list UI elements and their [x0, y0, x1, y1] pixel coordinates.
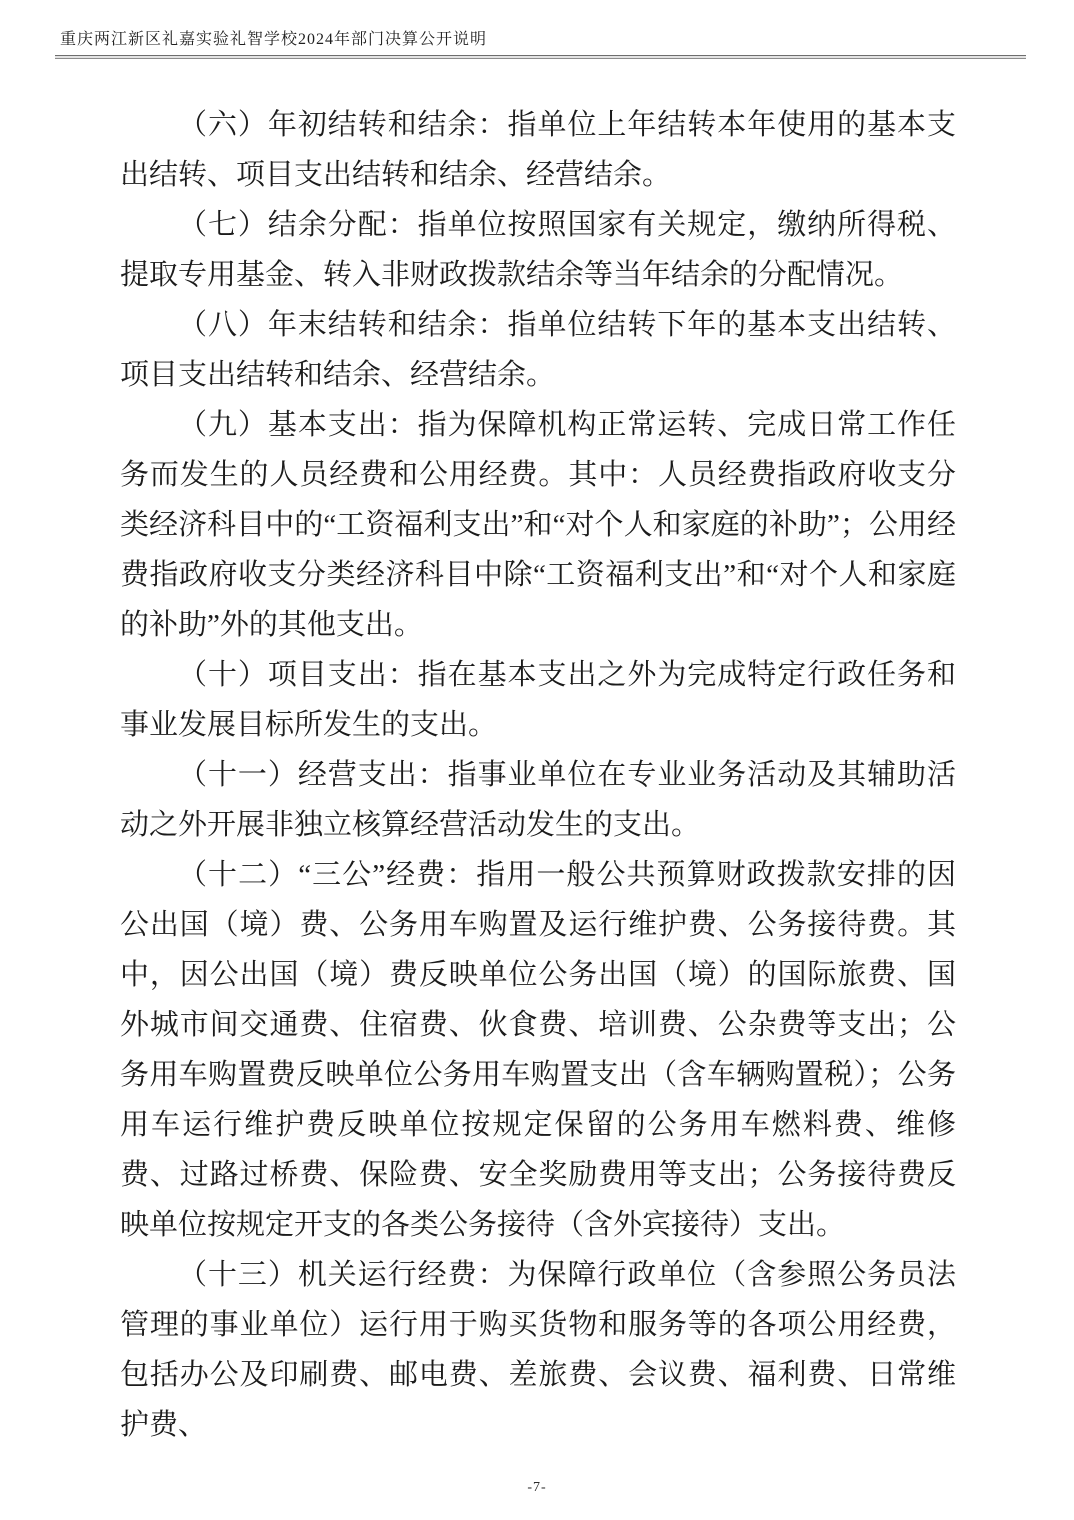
- document-body: （六）年初结转和结余：指单位上年结转本年使用的基本支出结转、项目支出结转和结余、…: [120, 100, 956, 1450]
- header-title: 重庆两江新区礼嘉实验礼智学校2024年部门决算公开说明: [60, 31, 487, 48]
- page-number: -7-: [527, 1480, 546, 1495]
- paragraph-seven: （七）结余分配：指单位按照国家有关规定，缴纳所得税、提取专用基金、转入非财政拨款…: [120, 200, 956, 300]
- paragraph-eight: （八）年末结转和结余：指单位结转下年的基本支出结转、项目支出结转和结余、经营结余…: [120, 300, 956, 400]
- paragraph-six: （六）年初结转和结余：指单位上年结转本年使用的基本支出结转、项目支出结转和结余、…: [120, 100, 956, 200]
- paragraph-ten: （十）项目支出：指在基本支出之外为完成特定行政任务和事业发展目标所发生的支出。: [120, 650, 956, 750]
- page-footer: -7-: [0, 1480, 1074, 1496]
- header-rule: [55, 55, 1026, 59]
- paragraph-thirteen: （十三）机关运行经费：为保障行政单位（含参照公务员法管理的事业单位）运行用于购买…: [120, 1250, 956, 1450]
- paragraph-twelve: （十二）“三公”经费：指用一般公共预算财政拨款安排的因公出国（境）费、公务用车购…: [120, 850, 956, 1250]
- paragraph-nine: （九）基本支出：指为保障机构正常运转、完成日常工作任务而发生的人员经费和公用经费…: [120, 400, 956, 650]
- document-page: 重庆两江新区礼嘉实验礼智学校2024年部门决算公开说明 （六）年初结转和结余：指…: [0, 0, 1074, 1520]
- paragraph-eleven: （十一）经营支出：指事业单位在专业业务活动及其辅助活动之外开展非独立核算经营活动…: [120, 750, 956, 850]
- page-header: 重庆两江新区礼嘉实验礼智学校2024年部门决算公开说明: [60, 26, 487, 49]
